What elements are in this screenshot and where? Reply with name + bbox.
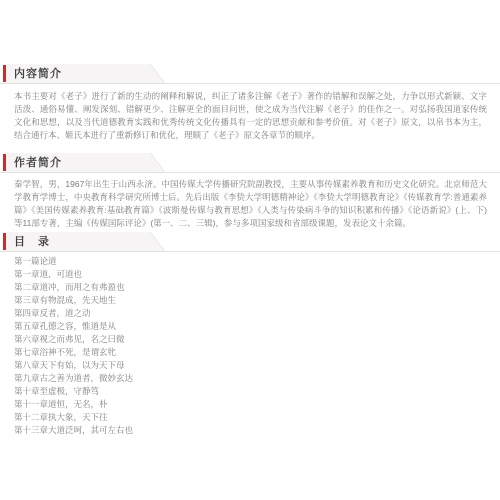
section-title-toc: 目 录 bbox=[14, 232, 50, 252]
toc-item: 第九章古之善为道者，微妙玄达 bbox=[14, 372, 487, 385]
toc-item: 第十二章执大象，天下往 bbox=[14, 411, 487, 424]
toc-item: 第十章至虚极，守静笃 bbox=[14, 385, 487, 398]
toc-item: 第七章浴神不死，是谓玄牝 bbox=[14, 346, 487, 359]
author-paragraph: 秦学智，男，1967年出生于山西永济。中国传媒大学传播研究院副教授，主要从事传媒… bbox=[14, 178, 487, 230]
red-accent-bar bbox=[3, 65, 6, 82]
toc-item: 第五章孔德之容，惟道是从 bbox=[14, 320, 487, 333]
red-accent-bar bbox=[3, 154, 6, 171]
toc-item: 第一篇论道 bbox=[14, 255, 487, 268]
toc-item: 第十三章大道泛呵，其可左右也 bbox=[14, 424, 487, 437]
section-header-toc: 目 录 bbox=[0, 232, 500, 252]
toc-item: 第四章反者，道之动 bbox=[14, 307, 487, 320]
section-header-intro: 内容简介 bbox=[0, 64, 500, 84]
section-title-author: 作者简介 bbox=[14, 153, 62, 173]
red-accent-bar bbox=[3, 233, 6, 250]
toc-item: 第八章天下有始，以为天下母 bbox=[14, 359, 487, 372]
book-detail-page: 内容简介 本书主要对《老子》进行了新的生动的阐释和解说，纠正了诸多注解《老子》著… bbox=[0, 0, 500, 500]
toc-item: 第二章道冲，而用之有弗盈也 bbox=[14, 281, 487, 294]
intro-paragraph: 本书主要对《老子》进行了新的生动的阐释和解说，纠正了诸多注解《老子》著作的错解和… bbox=[14, 90, 487, 142]
toc-item: 第十一章道恒，无名，朴 bbox=[14, 398, 487, 411]
toc-item: 第六章视之而弗见，名之曰微 bbox=[14, 333, 487, 346]
toc-list: 第一篇论道第一章道，可道也第二章道冲，而用之有弗盈也第三章有物混成，先天地生第四… bbox=[14, 255, 487, 437]
section-title-intro: 内容简介 bbox=[14, 64, 62, 84]
section-header-author: 作者简介 bbox=[0, 153, 500, 173]
toc-item: 第一章道，可道也 bbox=[14, 268, 487, 281]
toc-item: 第三章有物混成，先天地生 bbox=[14, 294, 487, 307]
